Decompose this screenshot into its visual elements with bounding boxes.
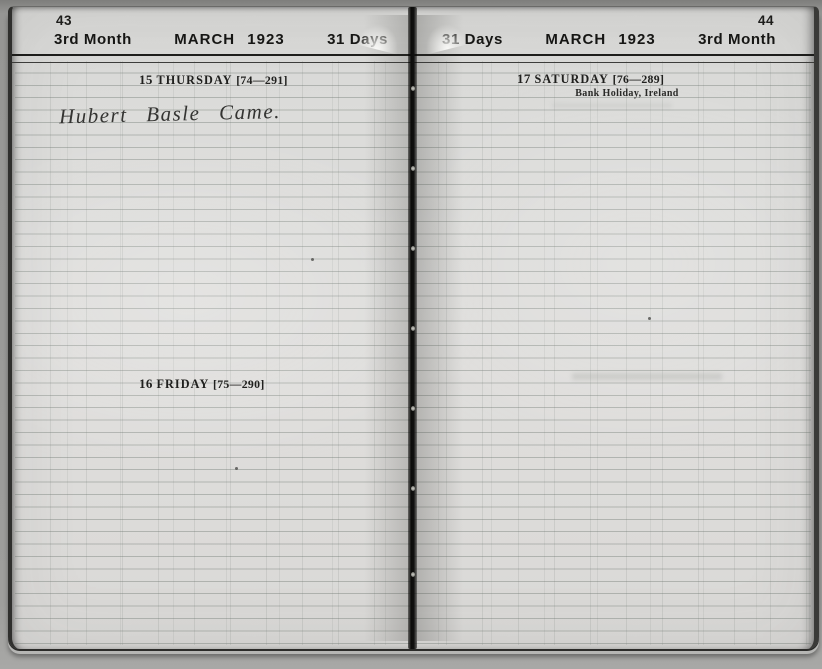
thursday-day-number: 15 bbox=[139, 72, 153, 87]
binding-stitch bbox=[411, 86, 415, 91]
friday-day-number: 16 bbox=[139, 376, 153, 391]
open-diary-book: 43 44 3rd Month MARCH 1923 31 Days 31 Da… bbox=[8, 6, 819, 649]
left-header-month-year: MARCH 1923 bbox=[174, 31, 284, 48]
bleedthrough-smudge bbox=[572, 373, 722, 380]
bleedthrough-smudge bbox=[552, 103, 672, 108]
right-header-month-ordinal: 3rd Month bbox=[698, 31, 776, 48]
left-page-header: 3rd Month MARCH 1923 31 Days bbox=[54, 30, 388, 48]
binding-stitch bbox=[411, 572, 415, 577]
friday-day-of-year-range: [75—290] bbox=[213, 377, 265, 391]
gutter-shadow-left bbox=[364, 15, 408, 641]
binding-stitch bbox=[411, 246, 415, 251]
binding-stitch bbox=[411, 486, 415, 491]
entry-heading-friday: 16 FRIDAY [75—290] bbox=[139, 376, 265, 392]
entry-heading-saturday: 17 SATURDAY [76—289] Bank Holiday, Irela… bbox=[517, 71, 737, 99]
saturday-weekday-name: SATURDAY bbox=[534, 72, 609, 86]
thursday-weekday-name: THURSDAY bbox=[156, 73, 232, 87]
right-header-month-year: MARCH 1923 bbox=[545, 31, 655, 48]
ink-speck bbox=[235, 467, 238, 470]
friday-weekday-name: FRIDAY bbox=[156, 377, 209, 391]
thursday-day-of-year-range: [74—291] bbox=[236, 73, 288, 87]
binding-stitch bbox=[411, 166, 415, 171]
binding-stitch bbox=[411, 326, 415, 331]
saturday-heading-line: 17 SATURDAY [76—289] bbox=[517, 71, 737, 87]
left-page-number: 43 bbox=[56, 13, 72, 28]
right-header-day-count: 31 Days bbox=[442, 31, 503, 48]
saturday-day-of-year-range: [76—289] bbox=[613, 72, 665, 86]
ink-speck bbox=[648, 317, 651, 320]
right-page-header: 31 Days MARCH 1923 3rd Month bbox=[442, 30, 776, 48]
right-page-number: 44 bbox=[712, 13, 774, 28]
diary-scan: 43 44 3rd Month MARCH 1923 31 Days 31 Da… bbox=[0, 0, 822, 669]
binding-gutter bbox=[408, 7, 417, 649]
ink-speck bbox=[311, 258, 314, 261]
handwritten-note: Hubert Basle Came. bbox=[59, 98, 340, 130]
entry-heading-thursday: 15 THURSDAY [74—291] bbox=[139, 72, 288, 88]
left-header-month-ordinal: 3rd Month bbox=[54, 31, 132, 48]
saturday-day-number: 17 bbox=[517, 71, 531, 86]
bank-holiday-note: Bank Holiday, Ireland bbox=[517, 88, 737, 99]
binding-stitch bbox=[411, 406, 415, 411]
left-header-day-count: 31 Days bbox=[327, 31, 388, 48]
gutter-shadow-right bbox=[417, 15, 463, 641]
